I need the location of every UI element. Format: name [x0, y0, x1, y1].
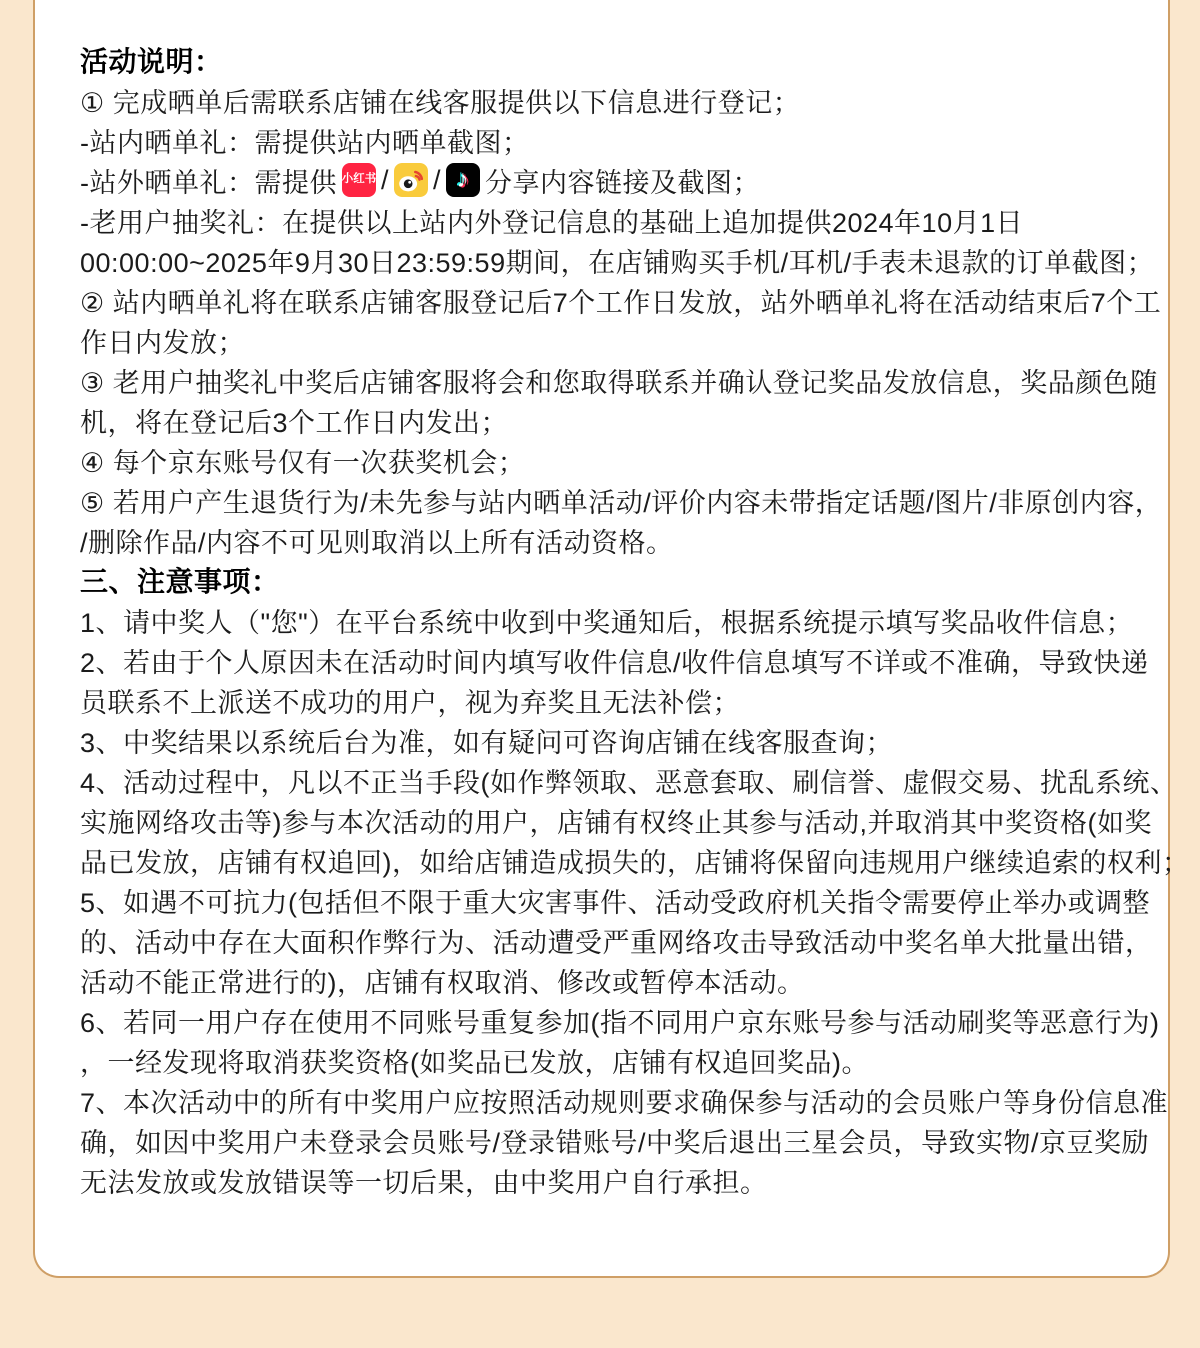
rule-line: 机，将在登记后3个工作日内发出；	[80, 400, 1140, 440]
rule-line: 00:00:00~2025年9月30日23:59:59期间，在店铺购买手机/耳机…	[80, 240, 1140, 280]
rule-line: 6、若同一用户存在使用不同账号重复参加(指不同用户京东账号参与活动刷奖等恶意行为…	[80, 1000, 1140, 1040]
rule-line: 4、活动过程中，凡以不正当手段(如作弊领取、恶意套取、刷信誉、虚假交易、扰乱系统…	[80, 760, 1140, 800]
rule-line: 作日内发放；	[80, 320, 1140, 360]
rule-line: 员联系不上派送不成功的用户，视为弃奖且无法补偿；	[80, 680, 1140, 720]
rule-line: -老用户抽奖礼：在提供以上站内外登记信息的基础上追加提供2024年10月1日	[80, 200, 1140, 240]
douyin-icon: ♪	[446, 163, 480, 197]
rule-line: ③ 老用户抽奖礼中奖后店铺客服将会和您取得联系并确认登记奖品发放信息，奖品颜色随	[80, 360, 1140, 400]
rules-text: 活动说明：① 完成晒单后需联系店铺在线客服提供以下信息进行登记；-站内晒单礼：需…	[80, 40, 1140, 1200]
rule-line: -站内晒单礼：需提供站内晒单截图；	[80, 120, 1140, 160]
rule-line: ① 完成晒单后需联系店铺在线客服提供以下信息进行登记；	[80, 80, 1140, 120]
rule-line: ④ 每个京东账号仅有一次获奖机会；	[80, 440, 1140, 480]
rule-line: 1、请中奖人（"您"）在平台系统中收到中奖通知后，根据系统提示填写奖品收件信息；	[80, 600, 1140, 640]
rule-line: 品已发放，店铺有权追回)，如给店铺造成损失的，店铺将保留向违规用户继续追索的权利…	[80, 840, 1140, 880]
rule-line: ，一经发现将取消获奖资格(如奖品已发放，店铺有权追回奖品)。	[80, 1040, 1140, 1080]
rule-line: ② 站内晒单礼将在联系店铺客服登记后7个工作日发放，站外晒单礼将在活动结束后7个…	[80, 280, 1140, 320]
rule-line: 2、若由于个人原因未在活动时间内填写收件信息/收件信息填写不详或不准确，导致快递	[80, 640, 1140, 680]
rule-line: 3、中奖结果以系统后台为准，如有疑问可咨询店铺在线客服查询；	[80, 720, 1140, 760]
section-heading: 活动说明：	[80, 40, 1140, 80]
rule-line: -站外晒单礼：需提供小红书//♪分享内容链接及截图；	[80, 160, 1140, 200]
rule-line: 活动不能正常进行的)，店铺有权取消、修改或暂停本活动。	[80, 960, 1140, 1000]
rule-line: 确，如因中奖用户未登录会员账号/登录错账号/中奖后退出三星会员，导致实物/京豆奖…	[80, 1120, 1140, 1160]
rules-card: 活动说明：① 完成晒单后需联系店铺在线客服提供以下信息进行登记；-站内晒单礼：需…	[33, 0, 1170, 1278]
rule-line: /删除作品/内容不可见则取消以上所有活动资格。	[80, 520, 1140, 560]
xiaohongshu-icon: 小红书	[342, 163, 376, 197]
rule-line: 无法发放或发放错误等一切后果，由中奖用户自行承担。	[80, 1160, 1140, 1200]
rule-line: ⑤ 若用户产生退货行为/未先参与站内晒单活动/评价内容未带指定话题/图片/非原创…	[80, 480, 1140, 520]
weibo-icon	[394, 163, 428, 197]
rule-line: 实施网络攻击等)参与本次活动的用户，店铺有权终止其参与活动,并取消其中奖资格(如…	[80, 800, 1140, 840]
rule-line: 7、本次活动中的所有中奖用户应按照活动规则要求确保参与活动的会员账户等身份信息准	[80, 1080, 1140, 1120]
rule-line: 5、如遇不可抗力(包括但不限于重大灾害事件、活动受政府机关指令需要停止举办或调整	[80, 880, 1140, 920]
section-heading: 三、注意事项：	[80, 560, 1140, 600]
rule-line: 的、活动中存在大面积作弊行为、活动遭受严重网络攻击导致活动中奖名单大批量出错，	[80, 920, 1140, 960]
